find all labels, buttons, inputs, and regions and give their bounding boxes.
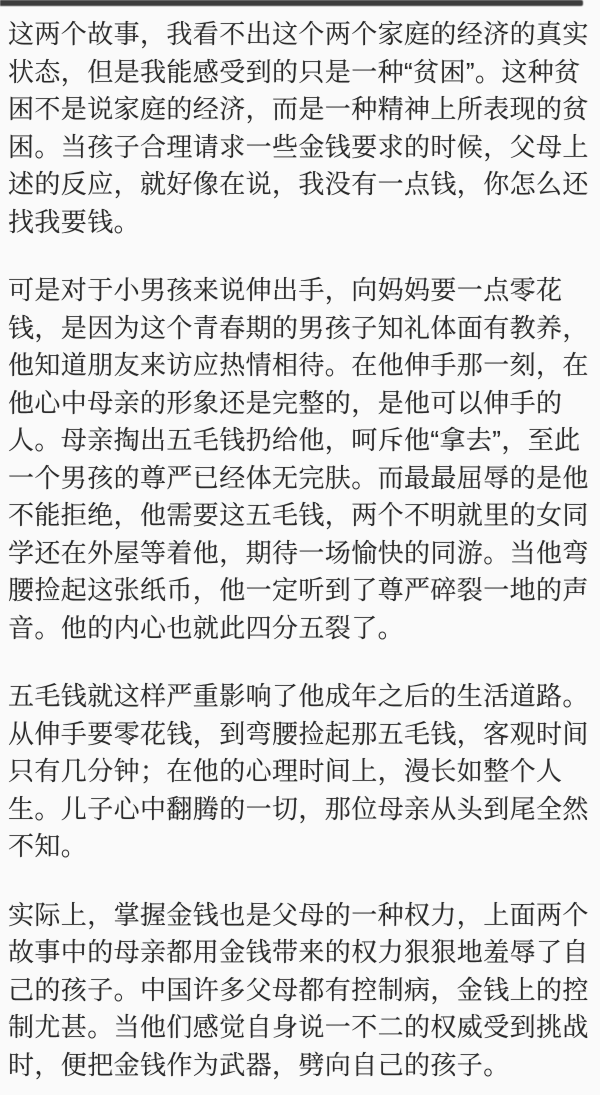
paragraph-1: 这两个故事，我看不出这个两个家庭的经济的真实 状态，但是我能感受到的只是一种“贫…	[8, 16, 592, 241]
cropped-image-edge	[0, 0, 583, 6]
paragraph-2: 可是对于小男孩来说伸出手，向妈妈要一点零花 钱，是因为这个青春期的男孩子知礼体面…	[8, 272, 592, 647]
paragraph-3: 五毛钱就这样严重影响了他成年之后的生活道路。 从伸手要零花钱，到弯腰捡起那五毛钱…	[8, 678, 592, 866]
paragraph-4: 实际上，掌握金钱也是父母的一种权力，上面两个 故事中的母亲都用金钱带来的权力狠狠…	[8, 897, 592, 1085]
article-body: 这两个故事，我看不出这个两个家庭的经济的真实 状态，但是我能感受到的只是一种“贫…	[0, 0, 600, 1084]
